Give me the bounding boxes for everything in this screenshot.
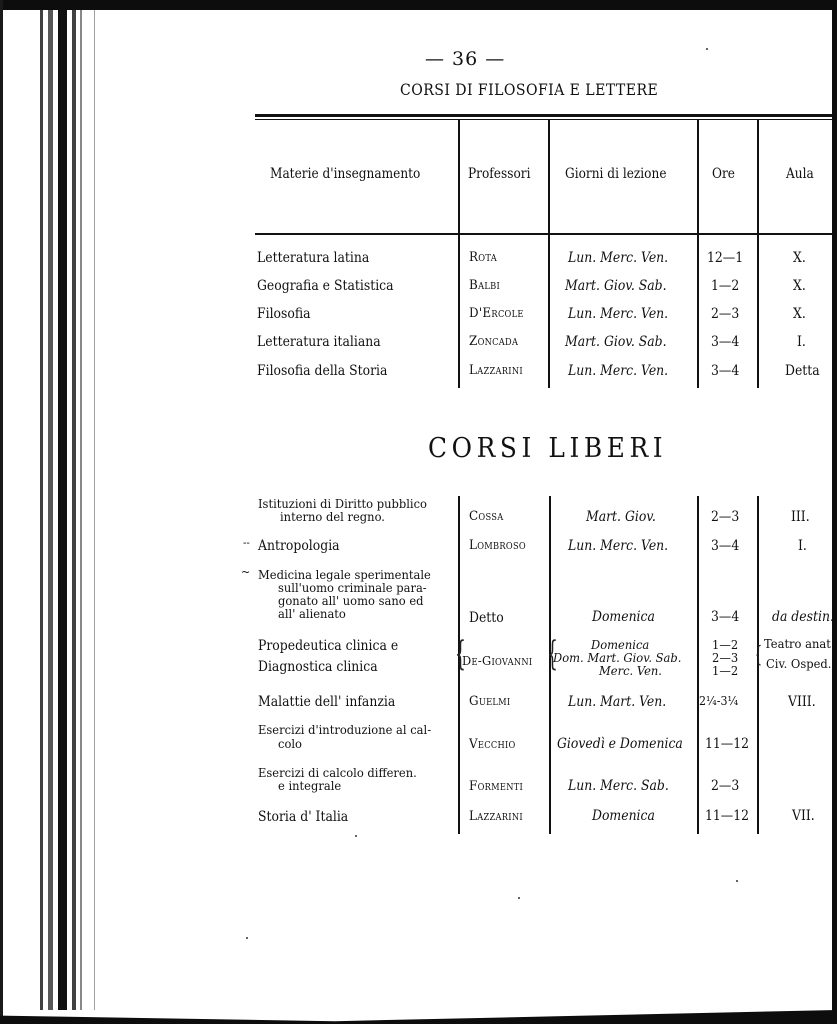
cell-ore: 2—3 [711,509,739,525]
cell-materia-cont: colo [278,737,302,750]
cell-giorni: Mart. Giov. Sab. [565,278,667,294]
cell-materia-cont: all' alienato [278,607,346,620]
header-aula: Aula [786,166,814,182]
cell-giorni: Lun. Merc. Ven. [568,250,668,266]
cell-aula: III. [791,509,810,525]
cell-materia: Filosofia [257,306,311,322]
cell-aula: X. [793,250,806,266]
book-binding-shadow [34,10,104,1010]
scan-speck [706,48,708,50]
cell-professore: D'Ercole [469,306,524,321]
header-ore: Ore [712,166,735,182]
scan-right-edge [832,0,837,1024]
cell-ore: 3—4 [711,363,739,379]
scan-speck [246,937,248,939]
cell-professore: De-Giovanni [462,653,532,668]
cell-materia: Filosofia della Storia [257,363,387,379]
scan-left-edge [0,0,3,1024]
table-top-rule-thin [255,119,832,120]
column-divider [458,120,460,388]
cell-giorni: Domenica [592,808,655,824]
cell-materia: Letteratura latina [257,250,369,266]
section-title: CORSI DI FILOSOFIA E LETTERE [400,80,658,99]
cell-materia: Propedeutica clinica e [258,638,398,654]
cell-giorni: Lun. Merc. Ven. [568,538,668,554]
cell-materia-cont: Diagnostica clinica [258,659,378,675]
scan-speck [736,880,738,882]
cell-professore: Lazzarini [469,809,523,824]
cell-professore: Balbi [469,278,500,293]
cell-ore: 11—12 [705,808,749,824]
cell-ore: 3—4 [711,609,739,625]
cell-professore: Guelmi [469,694,510,709]
cell-materia: Letteratura italiana [257,334,381,350]
cell-aula: X. [793,278,806,294]
cell-aula: da destin. [772,609,834,625]
cell-materia: Storia d' Italia [258,809,348,825]
cell-giorni: Domenica [592,609,655,625]
column-divider [697,496,699,834]
cell-professore: Detto [469,610,504,626]
cell-giorni: Giovedì e Domenica [557,736,683,752]
cell-professore: Lombroso [469,538,526,553]
row-marker: ~ [241,565,250,579]
cell-aula: I. [798,538,807,554]
cell-aula: Detta [785,363,820,379]
scan-speck [518,897,520,899]
cell-giorni: Mart. Giov. [586,509,656,525]
cell-aula: Teatro anat. [764,637,835,650]
cell-materia: Geografia e Statistica [257,278,394,294]
cell-aula: X. [793,306,806,322]
table-top-rule-thick [255,114,832,117]
cell-professore: Cossa [469,509,504,524]
cell-aula: Civ. Osped. [766,657,831,670]
column-divider [548,120,550,388]
scan-top-edge [0,0,837,10]
cell-ore: 12—1 [707,250,743,266]
cell-professore: Rota [469,250,497,265]
cell-giorni: Merc. Ven. [599,664,662,677]
header-professori: Professori [468,166,530,182]
cell-aula: I. [797,334,806,350]
header-bottom-rule [255,233,832,235]
scan-bottom-edge [0,1010,837,1024]
cell-materia: Esercizi d'introduzione al cal- [258,723,431,736]
brace-icon: { [755,645,762,667]
header-giorni: Giorni di lezione [565,166,667,182]
cell-professore: Formenti [469,779,523,794]
row-marker: -- [243,536,250,549]
cell-giorni: Lun. Merc. Sab. [568,778,669,794]
scan-speck [355,835,357,837]
cell-materia-cont: e integrale [278,779,341,792]
cell-ore: 3—4 [711,538,739,554]
cell-professore: Vecchio [469,737,516,752]
cell-ore: 3—4 [711,334,739,350]
cell-aula: VII. [792,808,815,824]
cell-giorni: Lun. Merc. Ven. [568,306,668,322]
header-materie: Materie d'insegnamento [270,166,420,182]
column-divider [697,120,699,388]
cell-ore: 2—3 [711,306,739,322]
cell-ore: 2¼-3¼ [699,694,738,708]
cell-giorni: Mart. Giov. Sab. [565,334,667,350]
cell-giorni: Lun. Merc. Ven. [568,363,668,379]
cell-ore: 1—2 [711,278,739,294]
cell-giorni: Lun. Mart. Ven. [568,694,666,710]
cell-materia-cont: interno del regno. [280,510,385,523]
column-divider [757,120,759,388]
cell-materia: Malattie dell' infanzia [258,694,395,710]
cell-professore: Lazzarini [469,363,523,378]
cell-ore: 11—12 [705,736,749,752]
cell-ore: 1—2 [712,664,738,677]
cell-materia: Antropologia [258,538,340,554]
cell-aula: VIII. [788,694,816,710]
cell-ore: 2—3 [711,778,739,794]
page-number: — 36 — [425,48,505,70]
corsi-liberi-title: CORSI LIBERI [428,433,667,464]
cell-professore: Zoncada [469,334,518,349]
